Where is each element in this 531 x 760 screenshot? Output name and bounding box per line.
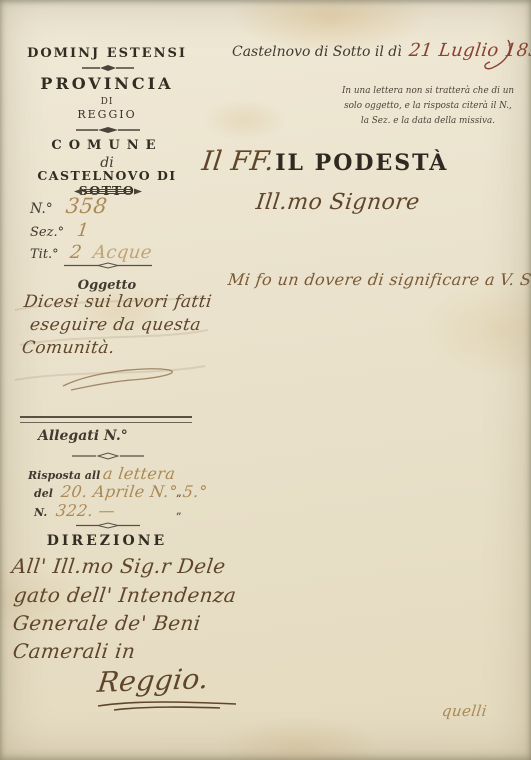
protocol-tit-value: 2 — [68, 242, 82, 263]
divider-ornament — [80, 64, 136, 72]
protocol-n-label: N.° — [30, 201, 53, 217]
ditto-mark: „ — [176, 486, 182, 499]
pen-flourish — [480, 36, 514, 76]
notice-line: solo oggetto, e la risposta citerà il N.… — [330, 99, 526, 114]
risposta-row: Risposta all a lettera — [28, 464, 176, 483]
direzione-line: Generale de' Beni — [12, 611, 203, 635]
protocol-tit-row: Tit.° 2 Acque — [30, 242, 152, 263]
direzione-line: All' Ill.mo Sig.r Dele — [11, 554, 228, 578]
notice-line: In una lettera non si tratterà che di un — [330, 84, 526, 99]
notice-line: la Sez. e la data della missiva. — [330, 114, 526, 129]
letterhead-comune: COMUNE — [16, 138, 198, 153]
double-rule — [20, 416, 192, 423]
catchword: quelli — [441, 702, 488, 720]
divider-ornament — [74, 126, 142, 134]
body-line: V. S. Ill.ma che i lavori cui veni — [499, 268, 531, 292]
printed-notice: In una lettera non si tratterà che di un… — [330, 84, 526, 129]
dateline-printed: Castelnovo di Sotto il dì — [232, 44, 402, 60]
letterhead-di: DI — [16, 97, 198, 107]
body-line: Mi fo un dovere di significare a — [227, 268, 497, 292]
del-handwritten: 20. Aprile N.° 5.° — [60, 482, 209, 501]
protocol-number-row: N.° 358 — [30, 194, 107, 218]
risposta-number-row: N. 322. — — [34, 501, 115, 520]
risposta-label: Risposta all — [28, 469, 100, 482]
protocol-tit-label: Tit.° — [30, 247, 59, 262]
ditto-mark: „ — [176, 504, 182, 517]
salutation: Ill.mo Signore — [254, 190, 421, 215]
ink-bleedthrough — [10, 290, 210, 400]
title-hw-prefix: Il FF. — [200, 146, 276, 177]
allegati-label: Allegati N.° — [38, 428, 128, 444]
letterhead-domini-estensi: DOMINJ ESTENSI — [16, 46, 198, 61]
num-label: N. — [34, 506, 47, 519]
document-title: Il FF. IL PODESTÀ — [202, 146, 448, 177]
risposta-handwritten: a lettera — [102, 464, 177, 483]
direzione-line: Camerali in — [12, 639, 137, 663]
divider-ornament — [62, 262, 154, 269]
del-label: del — [34, 487, 53, 500]
num-handwritten: 322. — — [55, 501, 116, 520]
protocol-sez-label: Sez.° — [30, 225, 64, 240]
letterhead-reggio: REGGIO — [16, 108, 198, 121]
protocol-n-value: 358 — [64, 194, 108, 218]
direzione-label: DIREZIONE — [16, 533, 198, 549]
letter-body: Mi fo un dovere di significare a V. S. I… — [228, 268, 528, 292]
direzione-line: gato dell' Intendenza — [13, 583, 238, 607]
title-printed: IL PODESTÀ — [275, 150, 448, 176]
divider-ornament — [74, 522, 142, 529]
divider-ornament — [70, 452, 146, 460]
underline-flourish — [92, 698, 242, 714]
direzione-city: Reggio. — [96, 662, 211, 699]
protocol-sez-value: 1 — [76, 220, 90, 241]
letterhead-provincia: PROVINCIA — [16, 74, 198, 93]
protocol-tit-category: Acque — [91, 242, 152, 263]
protocol-sez-row: Sez.° 1 — [30, 220, 89, 241]
